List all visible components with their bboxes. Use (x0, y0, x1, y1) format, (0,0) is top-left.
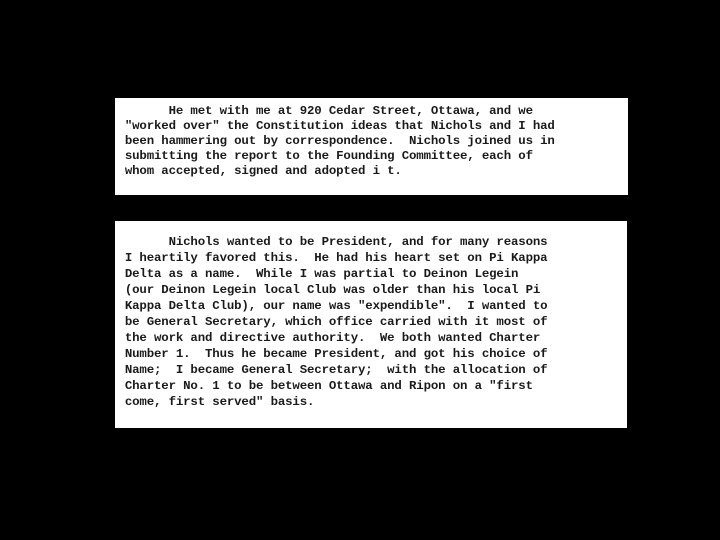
typewritten-excerpt-presidency: Nichols wanted to be President, and for … (115, 221, 627, 428)
text-line: be General Secretary, which office carri… (103, 315, 547, 331)
text-line: (our Deinon Legein local Club was older … (103, 283, 540, 299)
text-line: been hammering out by correspondence. Ni… (103, 134, 555, 150)
text-line: Name; I became General Secretary; with t… (103, 363, 547, 379)
text-line: Charter No. 1 to be between Ottawa and R… (103, 379, 533, 395)
text-line: Number 1. Thus he became President, and … (103, 347, 547, 363)
text-line: come, first served" basis. (103, 395, 314, 411)
text-line: Nichols wanted to be President, and for … (103, 235, 547, 251)
text-line: the work and directive authority. We bot… (103, 331, 540, 347)
text-line: He met with me at 920 Cedar Street, Otta… (103, 104, 533, 120)
text-line: Kappa Delta Club), our name was "expendi… (103, 299, 547, 315)
text-line: Delta as a name. While I was partial to … (103, 267, 518, 283)
text-line: submitting the report to the Founding Co… (103, 149, 533, 165)
typewritten-excerpt-meeting: He met with me at 920 Cedar Street, Otta… (115, 98, 628, 195)
text-line: whom accepted, signed and adopted i t. (103, 164, 402, 180)
text-line: "worked over" the Constitution ideas tha… (103, 119, 555, 135)
text-line: I heartily favored this. He had his hear… (103, 251, 547, 267)
